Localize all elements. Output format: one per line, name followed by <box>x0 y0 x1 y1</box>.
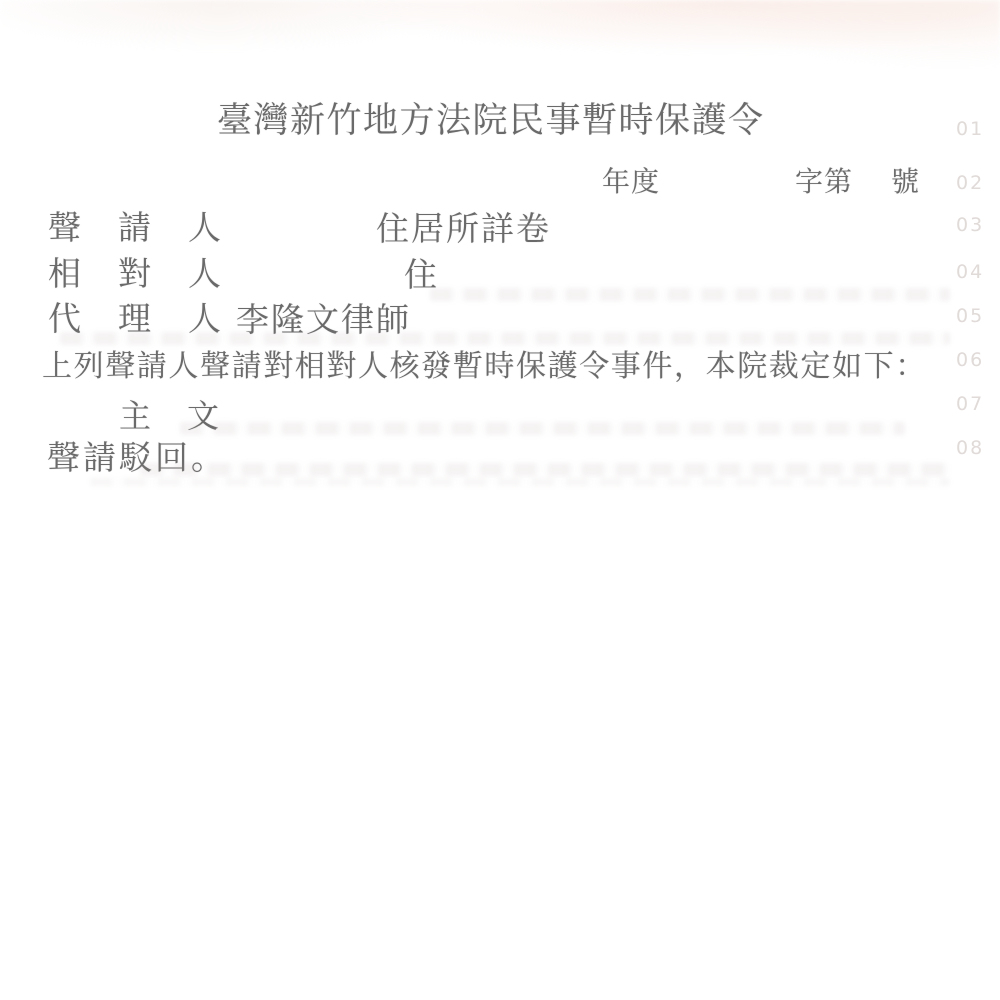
party-role-respondent: 相 對 人 <box>48 253 223 294</box>
case-year-label: 年度 <box>602 164 660 199</box>
bleed-through-artifact <box>60 332 950 345</box>
case-word-label: 字第 <box>795 164 853 199</box>
bleed-through-artifact <box>140 463 950 476</box>
margin-line-number: 06 <box>956 349 984 371</box>
margin-line-number: 02 <box>956 172 984 194</box>
bleed-through-artifact <box>180 422 905 435</box>
margin-line-number: 04 <box>956 261 984 283</box>
margin-line-number: 08 <box>956 437 984 459</box>
scan-tint-artifact <box>0 0 1000 75</box>
party-value-applicant: 住居所詳卷 <box>376 208 551 249</box>
case-number-label: 號 <box>891 164 920 199</box>
document-title: 臺灣新竹地方法院民事暫時保護令 <box>217 100 765 144</box>
ruling-preamble: 上列聲請人聲請對相對人核發暫時保護令事件，本院裁定如下： <box>42 348 927 386</box>
scanned-court-document-page: 臺灣新竹地方法院民事暫時保護令 年度 字第 號 聲 請 人 住居所詳卷 相 對 … <box>0 0 1000 1000</box>
bleed-through-artifact <box>430 288 950 301</box>
margin-line-number: 07 <box>956 393 984 415</box>
margin-line-number: 01 <box>956 118 984 140</box>
bleed-through-artifact <box>90 478 950 486</box>
margin-line-number: 03 <box>956 214 984 236</box>
party-role-applicant: 聲 請 人 <box>48 207 223 248</box>
margin-line-number: 05 <box>956 305 984 327</box>
